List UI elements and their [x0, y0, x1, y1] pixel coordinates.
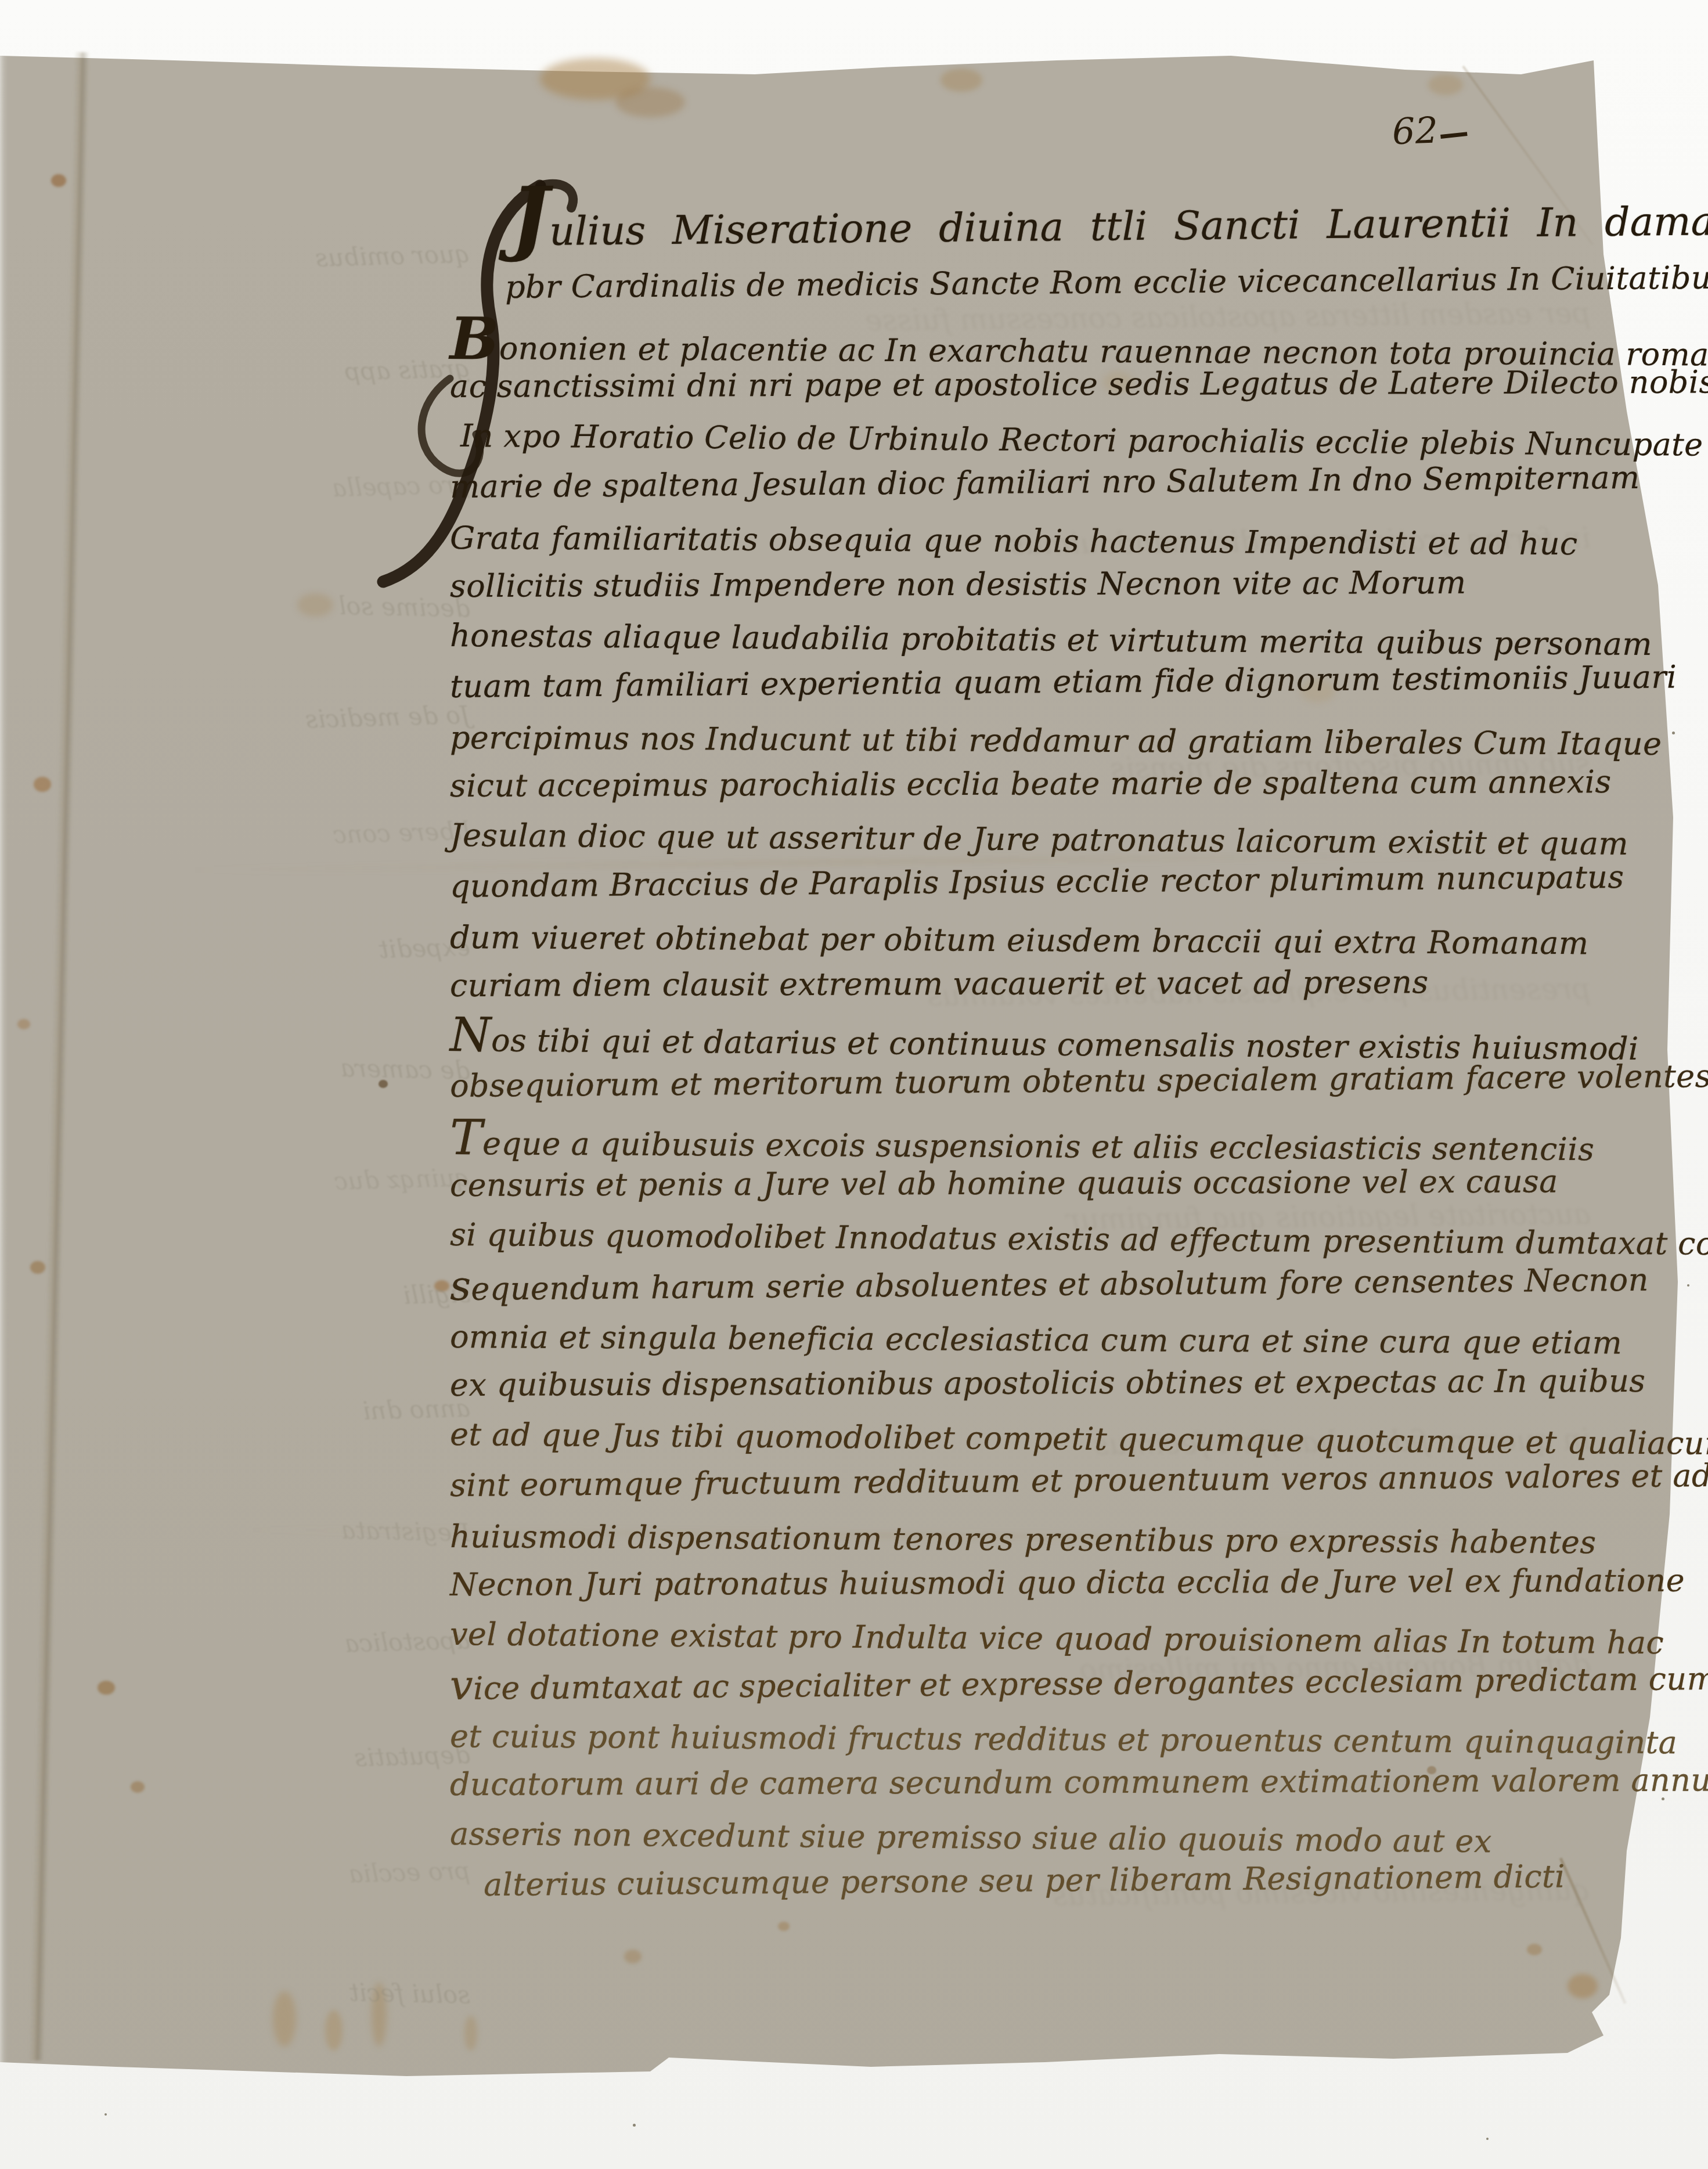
- manuscript-line: sequendum harum serie absoluentes et abs…: [450, 1251, 1708, 1311]
- foxing-spot: [615, 87, 685, 117]
- manuscript-line: alterius cuiuscumque persone seu per lib…: [484, 1850, 1708, 1910]
- ghost-fragment: deputatis: [87, 1741, 470, 1779]
- scan-background: quor omibusgratis apppro capelladecime s…: [0, 0, 1708, 2169]
- manuscript-line: curiam diem clausit extremum vacauerit e…: [450, 956, 1708, 1011]
- dust-speck: [1486, 2138, 1489, 2140]
- ghost-fragment: expedit: [162, 933, 470, 970]
- manuscript-line: marie de spaltena Jesulan dioc familiari…: [450, 452, 1708, 512]
- manuscript-line: Necnon Juri patronatus huiusmodi quo dic…: [450, 1555, 1708, 1610]
- ghost-fragment: anno dni: [87, 1394, 470, 1433]
- ghost-fragment: pro ecclia: [121, 1857, 470, 1895]
- ghost-fragment: libere conc: [121, 817, 470, 855]
- ghost-fragment: apostolica: [162, 1626, 470, 1663]
- manuscript-line: censuris et penis a Jure vel ab homine q…: [450, 1156, 1708, 1210]
- dust-speck: [633, 2124, 636, 2127]
- foxing-spot: [1428, 74, 1463, 95]
- page-number: 62: [1392, 108, 1468, 153]
- ghost-fragment: quinqz duc: [121, 1163, 470, 1202]
- foxing-spot: [941, 69, 982, 92]
- title-line: Julius Miseratione diuina ttli Sancti La…: [510, 158, 1708, 265]
- manuscript-line: quondam Braccius de Paraplis Ipsius eccl…: [450, 851, 1708, 911]
- manuscript-line: pbr Cardinalis de medicis Sancte Rom ecc…: [505, 252, 1708, 312]
- manuscript-line: tuam tam familiari experientia quam etia…: [450, 651, 1708, 712]
- ghost-fragment: Jo de medicis: [87, 701, 470, 740]
- ghost-fragment: Registrata: [99, 1511, 471, 1547]
- foxing-spot: [17, 1019, 30, 1029]
- manuscript-line: vice dumtaxat ac specialiter et expresse…: [450, 1650, 1708, 1710]
- manuscript-line: ex quibusuis dispensationibus apostolici…: [450, 1356, 1708, 1410]
- manuscript-text-block: pbr Cardinalis de medicis Sancte Rom ecc…: [450, 262, 1708, 1910]
- manuscript-line: ducatorum auri de camera secundum commun…: [450, 1755, 1708, 1810]
- manuscript-line: sollicitis studiis Impendere non desisti…: [450, 557, 1708, 611]
- foxing-spot: [51, 174, 66, 187]
- manuscript-line: ac sanctissimi dni nri pape et apostolic…: [450, 357, 1708, 412]
- foxing-spot: [34, 777, 51, 792]
- foxing-spot: [30, 1261, 45, 1274]
- dust-speck: [105, 2113, 107, 2116]
- ghost-fragment: sigilli: [162, 1280, 470, 1317]
- ghost-fragment: solui fecit: [99, 1973, 471, 2009]
- manuscript-line: sicut accepimus parochialis ecclia beate…: [450, 756, 1708, 811]
- ghost-fragment: de camera: [99, 1049, 471, 1084]
- manuscript-line: obsequiorum et meritorum tuorum obtentu …: [450, 1051, 1708, 1111]
- manuscript-line: sint eorumque fructuum reddituum et prou…: [450, 1450, 1708, 1511]
